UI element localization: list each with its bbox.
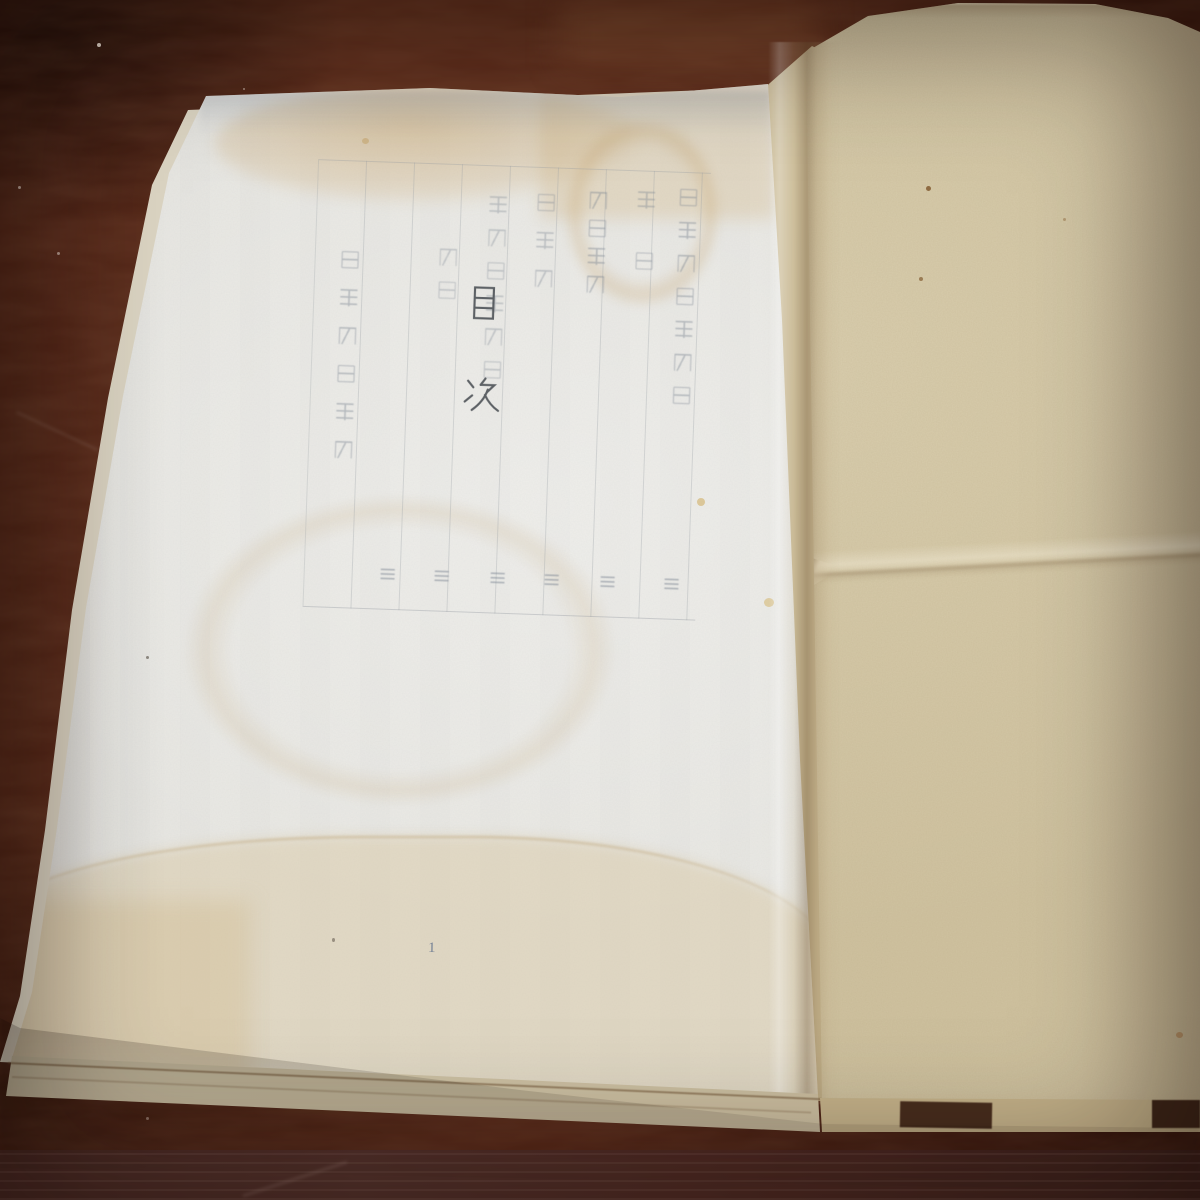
toc-title-mokuji: 目次 bbox=[460, 283, 504, 412]
dust-speck bbox=[97, 43, 101, 47]
brown-speck bbox=[1063, 218, 1066, 221]
ghost-column bbox=[671, 189, 697, 420]
page-number: 1 bbox=[428, 940, 436, 957]
dust-speck bbox=[57, 252, 60, 255]
dust-speck bbox=[18, 186, 21, 189]
brown-speck bbox=[1176, 1032, 1183, 1038]
ghost-column bbox=[634, 191, 655, 286]
cover-dark-patch bbox=[1152, 1100, 1200, 1128]
brown-speck bbox=[919, 277, 923, 281]
ghost-toc-grid bbox=[302, 159, 710, 620]
wood-scratch bbox=[16, 411, 98, 451]
photo-of-open-book: 目次 1 bbox=[0, 0, 1200, 1200]
ghost-column bbox=[437, 248, 457, 315]
gutter-shadow bbox=[768, 42, 840, 1104]
cover-dark-patch bbox=[900, 1101, 992, 1129]
dark-speck bbox=[146, 656, 149, 659]
kanji-ji-icon bbox=[460, 373, 501, 412]
dust-speck bbox=[243, 88, 245, 90]
dark-speck bbox=[332, 938, 335, 942]
ghost-column bbox=[533, 194, 555, 309]
ghost-column bbox=[333, 251, 359, 479]
foxing-dot bbox=[362, 138, 369, 144]
brown-speck bbox=[926, 186, 931, 191]
dust-speck bbox=[146, 1117, 149, 1120]
kanji-moku-icon bbox=[465, 283, 502, 322]
ghost-column bbox=[585, 192, 607, 305]
